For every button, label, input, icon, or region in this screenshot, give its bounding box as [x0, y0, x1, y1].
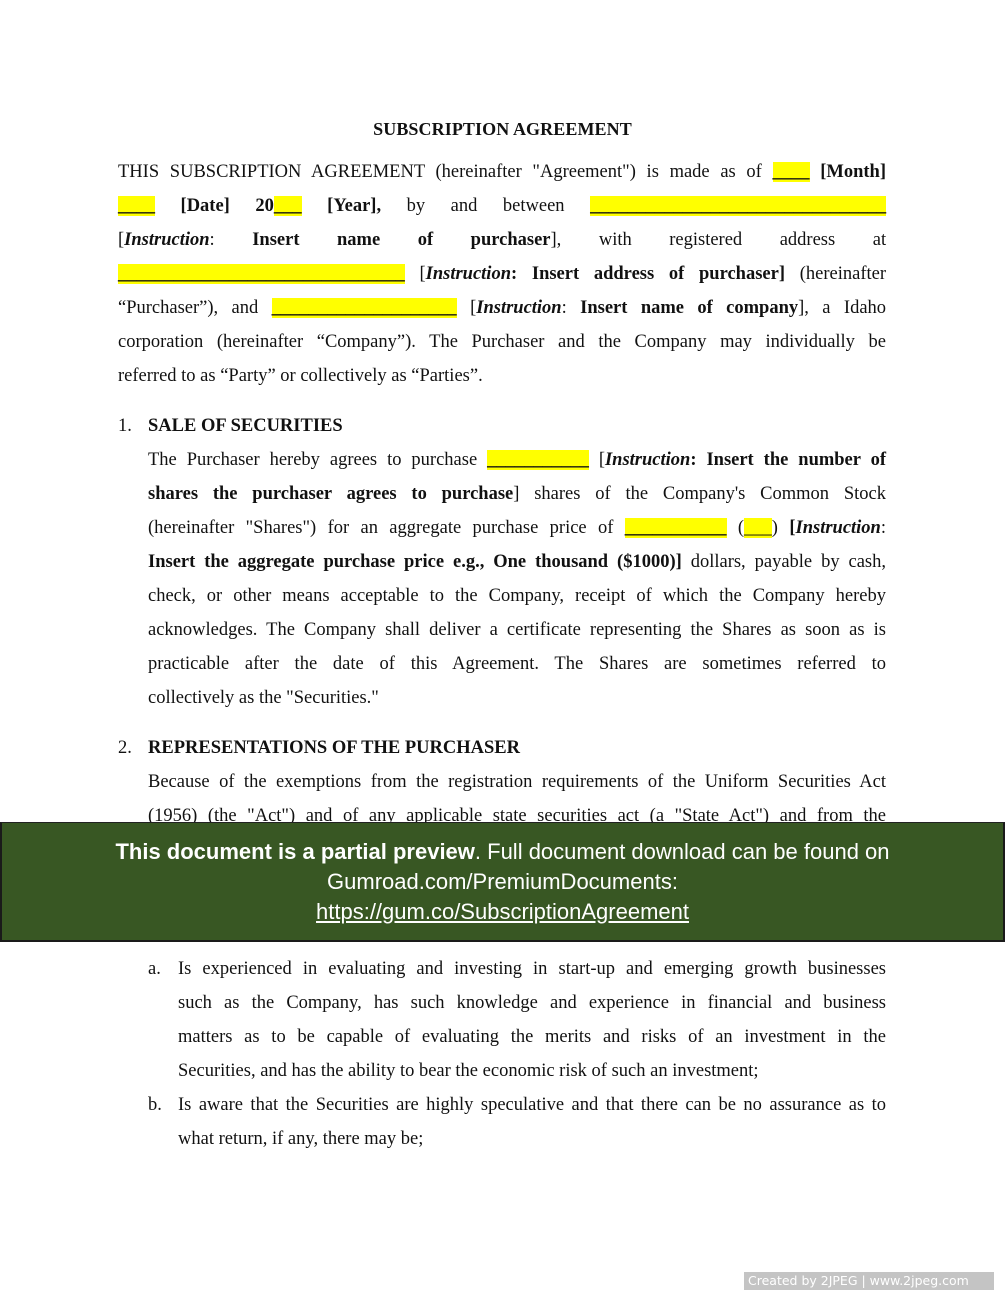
- item-a-marker: a.: [148, 958, 161, 980]
- intro-line-5: “Purchaser”), and ____________________ […: [118, 297, 886, 319]
- purchase-price-blank[interactable]: ___________: [625, 518, 727, 538]
- banner-line-2: Gumroad.com/PremiumDocuments:: [2, 869, 1003, 895]
- item-b-marker: b.: [148, 1094, 162, 1116]
- section-1-line-8: collectively as the "Securities.": [148, 687, 379, 709]
- document-page: SUBSCRIPTION AGREEMENT THIS SUBSCRIPTION…: [0, 0, 1005, 1301]
- item-a-line-2: such as the Company, has such knowledge …: [178, 992, 886, 1014]
- item-a-line-3: matters as to be capable of evaluating t…: [178, 1026, 886, 1048]
- gumroad-link[interactable]: https://gum.co/SubscriptionAgreement: [316, 899, 689, 924]
- purchaser-name-blank[interactable]: ________________________________: [590, 196, 886, 216]
- date-blank[interactable]: ____: [118, 196, 155, 216]
- item-b-line-1: Is aware that the Securities are highly …: [178, 1094, 886, 1116]
- section-1-line-4: Insert the aggregate purchase price e.g.…: [148, 551, 886, 573]
- section-1-line-5: check, or other means acceptable to the …: [148, 585, 886, 607]
- item-a-line-4: Securities, and has the ability to bear …: [178, 1060, 759, 1082]
- section-1-line-2: shares the purchaser agrees to purchase]…: [148, 483, 886, 505]
- item-a-line-1: Is experienced in evaluating and investi…: [178, 958, 886, 980]
- section-1-line-6: acknowledges. The Company shall deliver …: [148, 619, 886, 641]
- section-1-line-1: The Purchaser hereby agrees to purchase …: [148, 449, 886, 471]
- purchase-price-number-blank[interactable]: ___: [744, 518, 772, 538]
- banner-line-1: This document is a partial preview. Full…: [2, 839, 1003, 865]
- banner-bold-text: This document is a partial preview: [115, 839, 474, 864]
- item-b-line-2: what return, if any, there may be;: [178, 1128, 423, 1150]
- section-2-heading: REPRESENTATIONS OF THE PURCHASER: [148, 737, 520, 759]
- intro-line-4: _______________________________ [Instruc…: [118, 263, 886, 285]
- section-2-line-1: Because of the exemptions from the regis…: [148, 771, 886, 793]
- section-1-line-3: (hereinafter "Shares") for an aggregate …: [148, 517, 886, 539]
- section-1-line-7: practicable after the date of this Agree…: [148, 653, 886, 675]
- banner-line-3: https://gum.co/SubscriptionAgreement: [2, 899, 1003, 925]
- year-blank[interactable]: ___: [274, 196, 302, 216]
- intro-line-1: THIS SUBSCRIPTION AGREEMENT (hereinafter…: [118, 161, 886, 183]
- purchaser-address-blank[interactable]: _______________________________: [118, 264, 405, 284]
- company-name-blank[interactable]: ____________________: [272, 298, 457, 318]
- month-blank[interactable]: ____: [773, 162, 810, 182]
- section-1-heading: SALE OF SECURITIES: [148, 415, 343, 437]
- preview-banner: This document is a partial preview. Full…: [0, 822, 1005, 942]
- intro-line-6: corporation (hereinafter “Company”). The…: [118, 331, 886, 353]
- share-count-blank[interactable]: ___________: [487, 450, 589, 470]
- document-title: SUBSCRIPTION AGREEMENT: [0, 119, 1005, 140]
- intro-line-7: referred to as “Party” or collectively a…: [118, 365, 483, 387]
- section-2-number: 2.: [118, 737, 132, 759]
- section-1-number: 1.: [118, 415, 132, 437]
- watermark: Created by 2JPEG | www.2jpeg.com: [744, 1272, 994, 1290]
- intro-line-3: [Instruction: Insert name of purchaser],…: [118, 229, 886, 251]
- intro-line-2: ____ [Date] 20___ [Year], by and between…: [118, 195, 886, 217]
